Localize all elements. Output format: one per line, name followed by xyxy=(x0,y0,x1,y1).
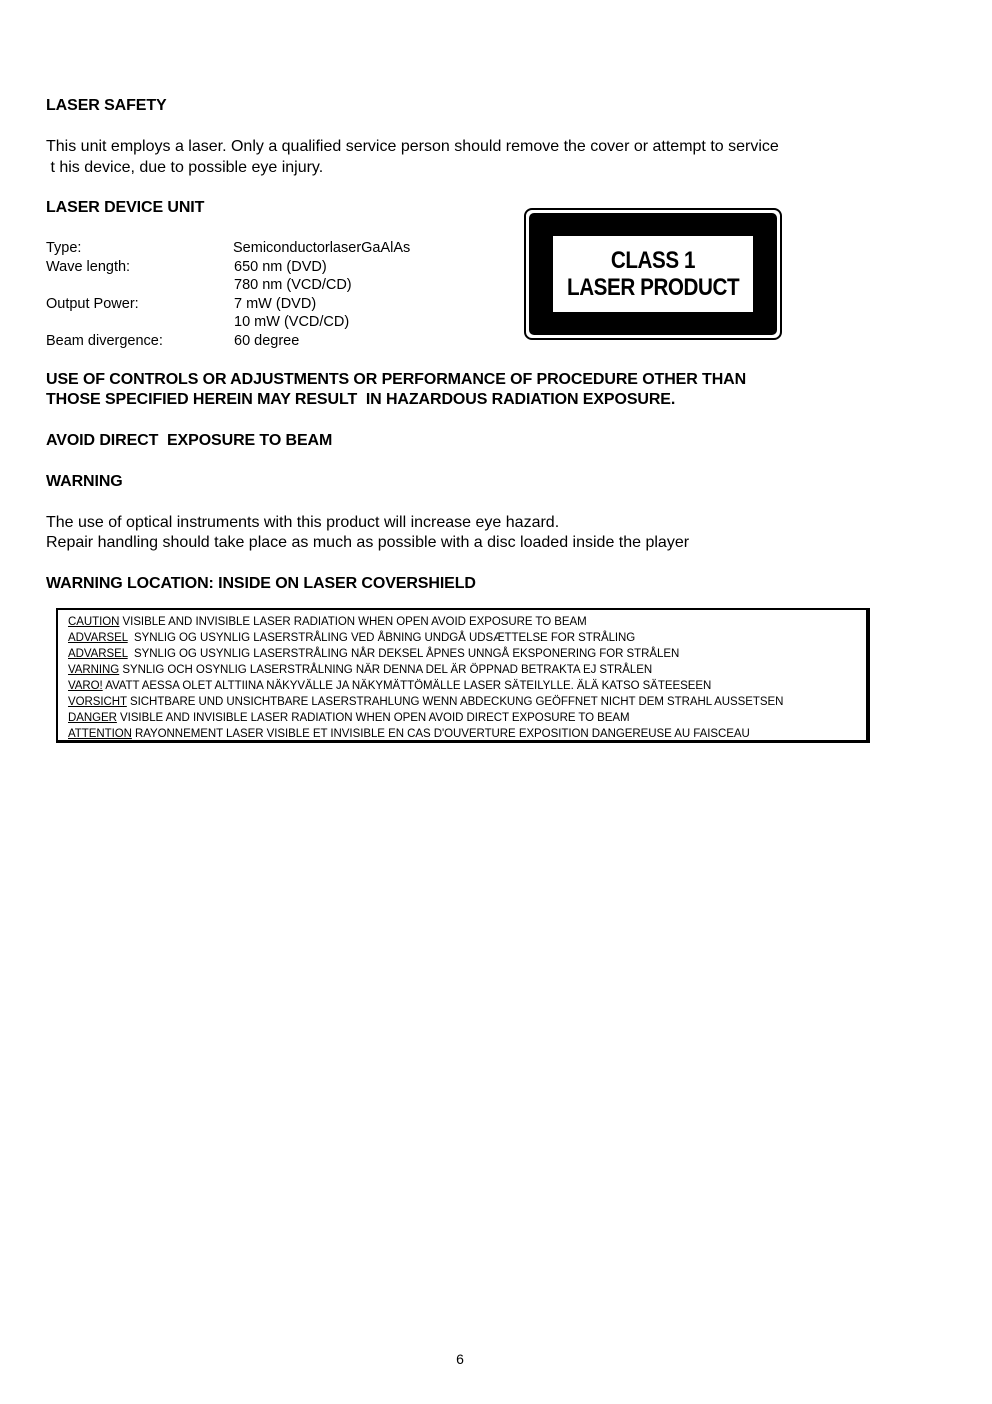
warning-line-varo: VARO! AVATT AESSA OLET ALTTIINA NÄKYVÄLL… xyxy=(68,678,866,694)
warning-line-caution: CAUTION VISIBLE AND INVISIBLE LASER RADI… xyxy=(68,614,866,630)
laser-safety-body-line1: This unit employs a laser. Only a qualif… xyxy=(46,137,779,157)
laser-label-black-frame: CLASS 1 LASER PRODUCT xyxy=(529,213,777,335)
warning-line-advarsel-no: ADVARSEL SYNLIG OG USYNLIG LASERSTRÅLING… xyxy=(68,646,866,662)
warning-line-danger: DANGER VISIBLE AND INVISIBLE LASER RADIA… xyxy=(68,710,866,726)
warning-line-vorsicht: VORSICHT SICHTBARE UND UNSICHTBARE LASER… xyxy=(68,694,866,710)
page-number: 6 xyxy=(0,1351,920,1367)
spec-value: 10 mW (VCD/CD) xyxy=(234,313,349,331)
spec-value: SemiconductorlaserGaAlAs xyxy=(233,239,410,257)
spec-label: Output Power: xyxy=(46,295,139,313)
warning-heading: WARNING xyxy=(46,472,123,492)
spec-label: Beam divergence: xyxy=(46,332,163,350)
warning-text: SYNLIG OG USYNLIG LASERSTRÅLING NÅR DEKS… xyxy=(128,648,680,660)
warning-key: VARO! xyxy=(68,680,103,692)
avoid-exposure-heading: AVOID DIRECT EXPOSURE TO BEAM xyxy=(46,431,332,451)
warning-key: ATTENTION xyxy=(68,728,132,740)
laser-device-unit-heading: LASER DEVICE UNIT xyxy=(46,198,204,218)
warning-text: RAYONNEMENT LASER VISIBLE ET INVISIBLE E… xyxy=(132,728,750,740)
class-1-laser-product-label: CLASS 1 LASER PRODUCT xyxy=(524,208,782,340)
spec-value: 780 nm (VCD/CD) xyxy=(234,276,352,294)
laser-label-class: CLASS 1 xyxy=(611,247,695,274)
warning-key: VORSICHT xyxy=(68,696,127,708)
warning-text: VISIBLE AND INVISIBLE LASER RADIATION WH… xyxy=(119,616,586,628)
spec-value: 650 nm (DVD) xyxy=(234,258,327,276)
laser-label-white-panel: CLASS 1 LASER PRODUCT xyxy=(553,236,753,312)
warning-location-heading: WARNING LOCATION: INSIDE ON LASER COVERS… xyxy=(46,574,476,594)
warning-text: SICHTBARE UND UNSICHTBARE LASERSTRAHLUNG… xyxy=(127,696,784,708)
warning-text: AVATT AESSA OLET ALTTIINA NÄKYVÄLLE JA N… xyxy=(103,680,712,692)
spec-value: 60 degree xyxy=(234,332,299,350)
warning-text: VISIBLE AND INVISIBLE LASER RADIATION WH… xyxy=(117,712,630,724)
warning-line-varning: VARNING SYNLIG OCH OSYNLIG LASERSTRÅLNIN… xyxy=(68,662,866,678)
warning-key: VARNING xyxy=(68,664,119,676)
laser-safety-body-line2: t his device, due to possible eye injury… xyxy=(46,158,323,178)
warning-key: ADVARSEL xyxy=(68,648,128,660)
warning-key: ADVARSEL xyxy=(68,632,128,644)
warning-body-line1: The use of optical instruments with this… xyxy=(46,513,559,533)
spec-label: Wave length: xyxy=(46,258,130,276)
warning-text: SYNLIG OCH OSYNLIG LASERSTRÅLNING NÄR DE… xyxy=(119,664,652,676)
warning-body-line2: Repair handling should take place as muc… xyxy=(46,533,689,553)
controls-warning-line2: THOSE SPECIFIED HEREIN MAY RESULT IN HAZ… xyxy=(46,390,675,410)
laser-label-product: LASER PRODUCT xyxy=(567,274,739,301)
warning-key: CAUTION xyxy=(68,616,119,628)
multilingual-warning-box: CAUTION VISIBLE AND INVISIBLE LASER RADI… xyxy=(56,608,870,743)
laser-spec-table: Type: SemiconductorlaserGaAlAs Wave leng… xyxy=(46,239,486,351)
spec-label: Type: xyxy=(46,239,81,257)
spec-value: 7 mW (DVD) xyxy=(234,295,316,313)
warning-line-attention: ATTENTION RAYONNEMENT LASER VISIBLE ET I… xyxy=(68,726,866,742)
laser-safety-heading: LASER SAFETY xyxy=(46,96,167,116)
warning-text: SYNLIG OG USYNLIG LASERSTRÅLING VED ÅBNI… xyxy=(128,632,636,644)
controls-warning-line1: USE OF CONTROLS OR ADJUSTMENTS OR PERFOR… xyxy=(46,370,746,390)
warning-key: DANGER xyxy=(68,712,117,724)
warning-line-advarsel-da: ADVARSEL SYNLIG OG USYNLIG LASERSTRÅLING… xyxy=(68,630,866,646)
